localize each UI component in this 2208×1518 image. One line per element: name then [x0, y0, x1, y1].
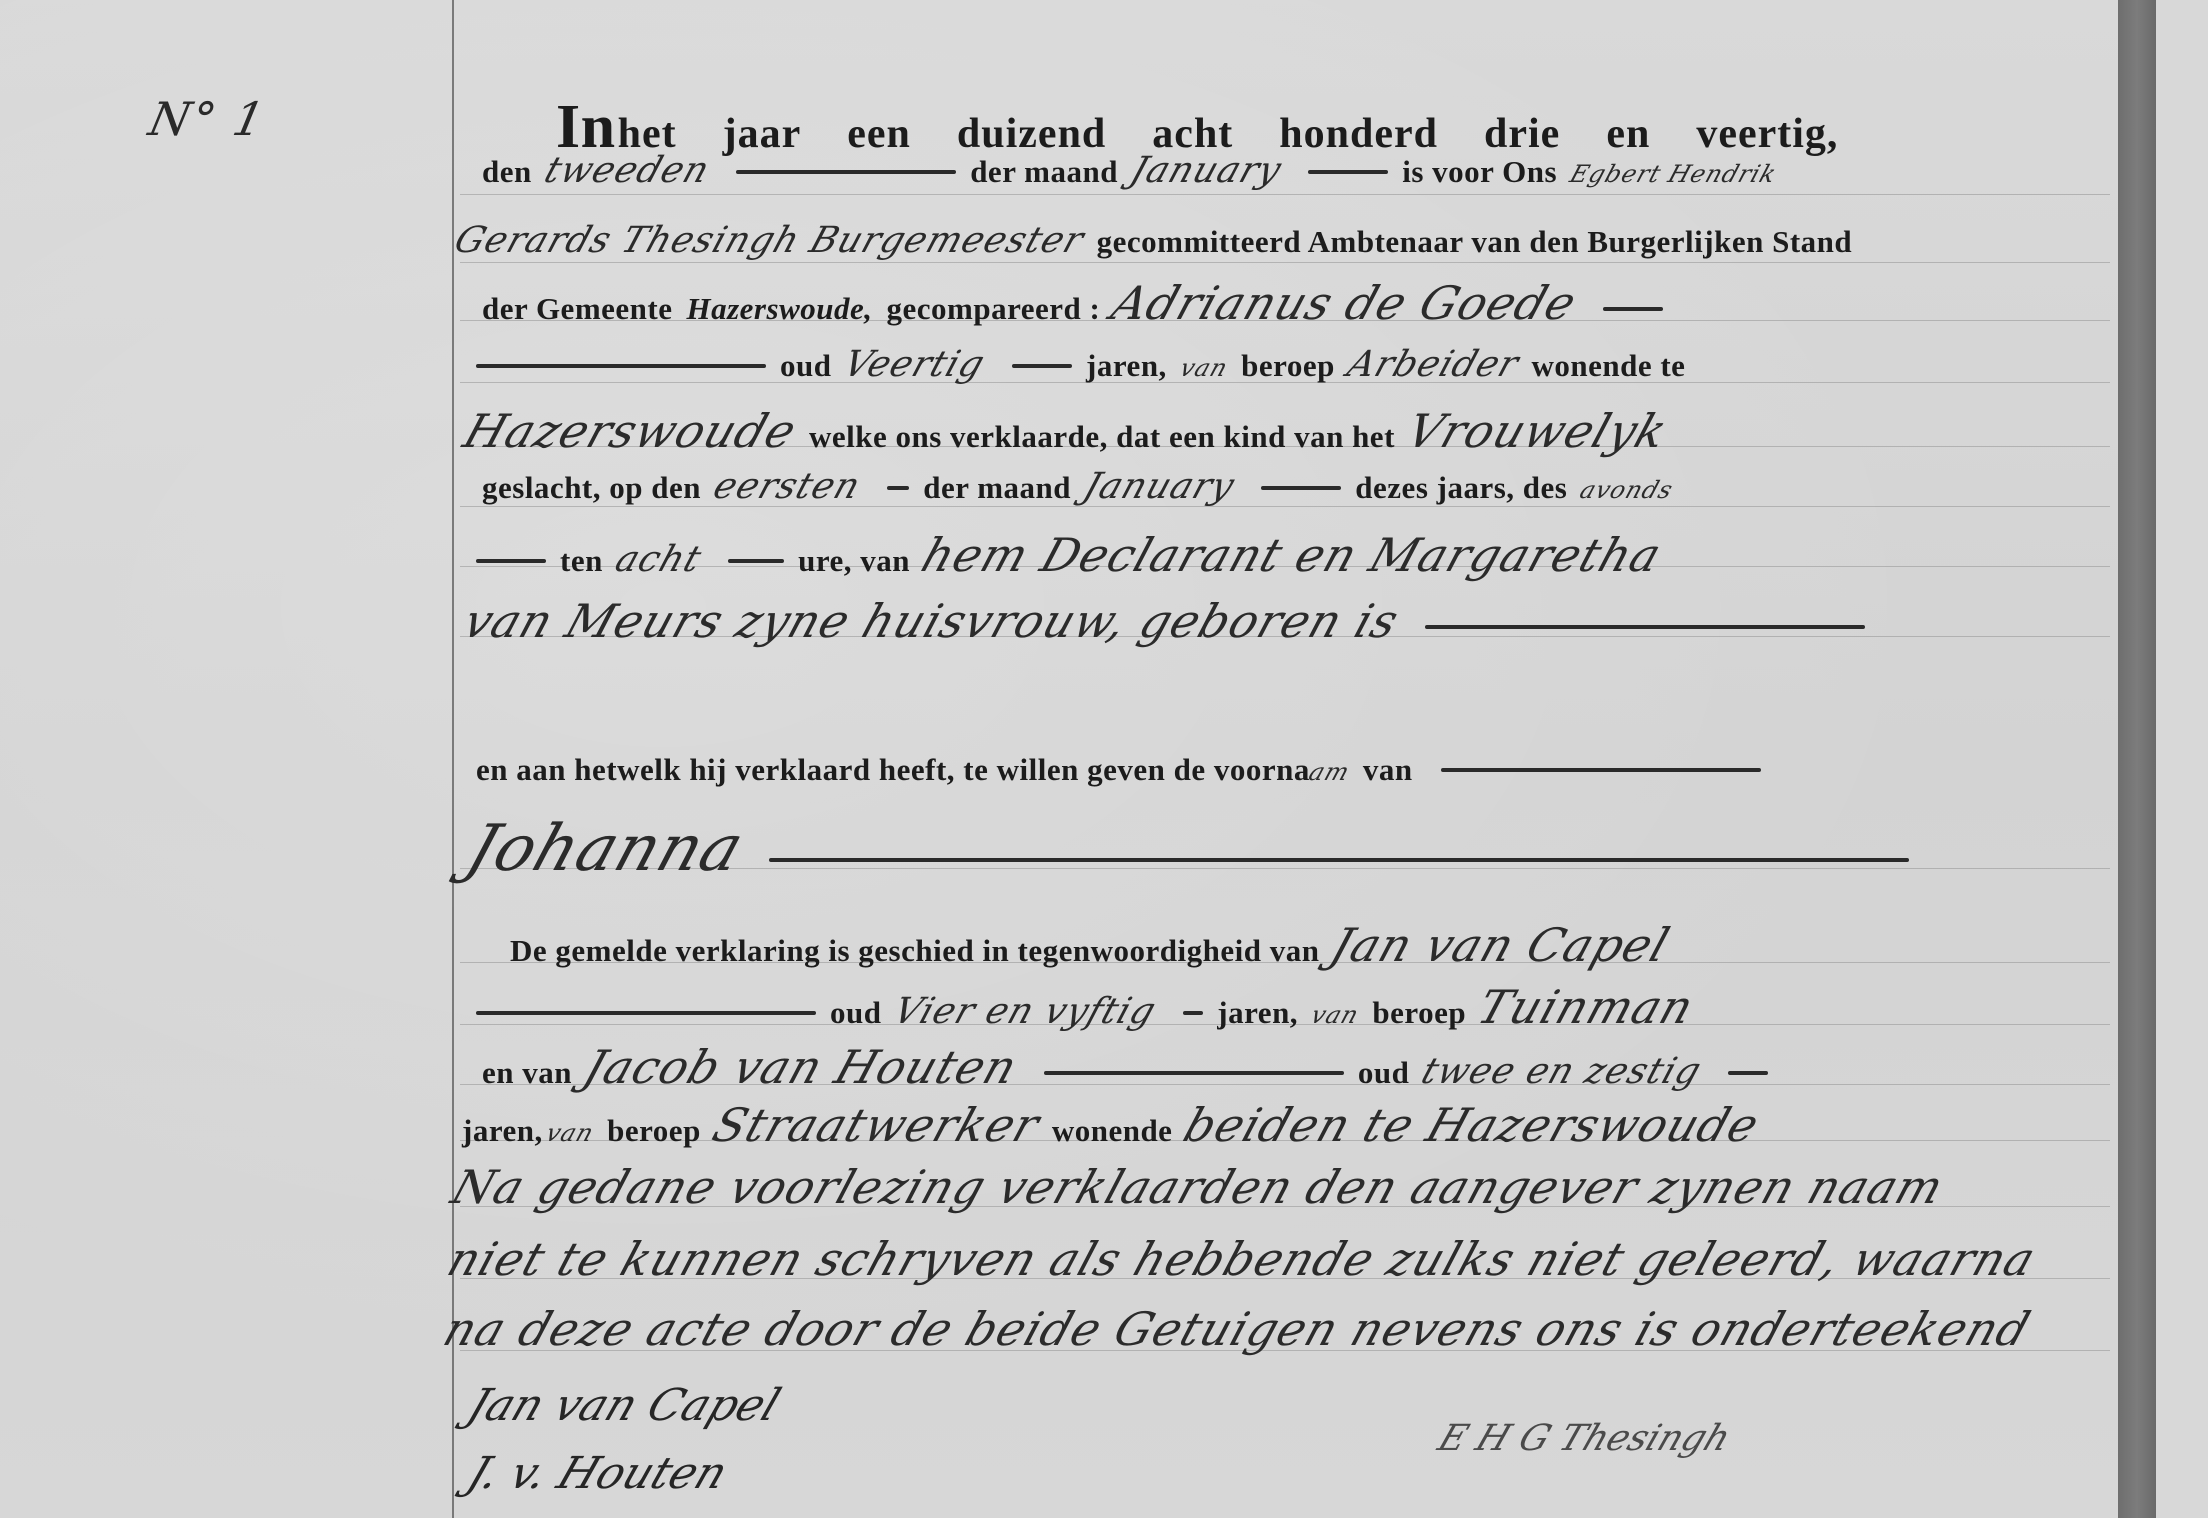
fill-dash — [476, 1011, 816, 1015]
printed-text: der maand — [923, 470, 1071, 506]
line-14-witness-2: en van Jacob van Houten oud twee en zest… — [482, 1040, 2122, 1094]
line-3-official: Gerards Thesingh Burgemeester gecommitte… — [456, 220, 2096, 261]
fill-dash — [1425, 625, 1865, 629]
ruled-line — [460, 194, 2110, 195]
handwritten-witness-1: Jan van Capel — [1325, 918, 1677, 972]
fill-dash — [1728, 1071, 1768, 1075]
handwritten-closing: na deze acte door de beide Getuigen neve… — [437, 1302, 2037, 1356]
printed-municipality: Hazerswoude, — [687, 291, 873, 327]
handwritten-hour: acht — [610, 539, 707, 580]
printed-text: der maand — [970, 154, 1118, 190]
printed-text: beroep — [607, 1113, 701, 1149]
document-scan: N° 1 In het jaar een duizend acht honder… — [0, 0, 2208, 1518]
printed-text: geslacht, op den — [482, 470, 701, 506]
printed-text: jaren, — [462, 1113, 543, 1149]
handwritten-van: van — [1176, 354, 1231, 382]
printed-text: jaren, — [1086, 348, 1167, 384]
handwritten-van: van — [1308, 1001, 1363, 1029]
printed-text: dezes jaars, des — [1355, 470, 1567, 506]
printed-text: beroep — [1241, 348, 1335, 384]
signature-witness-1: Jan van Capel — [461, 1380, 787, 1431]
handwritten-van: van — [542, 1119, 597, 1147]
fill-dash — [1308, 170, 1388, 174]
handwritten-parents: hem Declarant en Margaretha — [915, 528, 1668, 582]
fill-dash — [769, 858, 1909, 862]
handwritten-witness-2: Jacob van Houten — [577, 1040, 1024, 1094]
line-11-child-name: Johanna — [470, 812, 2110, 886]
handwritten-witness-1-age: Vier en vyftig — [889, 991, 1162, 1032]
handwritten-official-name: Egbert Hendrik — [1566, 160, 1780, 188]
handwritten-official-title: Gerards Thesingh Burgemeester — [449, 220, 1089, 261]
handwritten-sex: Vrouwelyk — [1400, 404, 1674, 458]
fill-dash — [1012, 364, 1072, 368]
fill-dash — [728, 559, 784, 563]
handwritten-declarant: Adrianus de Goede — [1106, 276, 1584, 330]
signature-witness-2: J. v. Houten — [461, 1448, 735, 1499]
line-12-witness-intro: De gemelde verklaring is geschied in teg… — [510, 918, 2150, 972]
fill-dash — [1261, 486, 1341, 490]
line-9-mother: van Meurs zyne huisvrouw, geboren is — [466, 594, 2106, 648]
binding-strip — [2118, 0, 2156, 1518]
printed-text: ten — [560, 543, 603, 579]
printed-text: en van — [482, 1055, 572, 1091]
printed-text: welke ons verklaarde, dat een kind van h… — [809, 419, 1395, 455]
printed-text: gecompareerd : — [887, 291, 1101, 327]
handwritten-closing: niet te kunnen schryven als hebbende zul… — [441, 1232, 2043, 1286]
printed-text: oud — [780, 348, 831, 384]
printed-text: der Gemeente — [482, 291, 673, 327]
printed-text: gecommitteerd Ambtenaar van den Burgerli… — [1097, 224, 1852, 260]
printed-text: en aan hetwelk hij verklaard heeft, te w… — [476, 752, 1310, 788]
printed-text: oud — [1358, 1055, 1409, 1091]
fill-dash — [476, 364, 766, 368]
handwritten-child-name: Johanna — [458, 812, 753, 886]
ruled-line — [460, 262, 2110, 263]
handwritten-witness-residence: beiden te Hazerswoude — [1178, 1098, 1767, 1152]
printed-text: is voor Ons — [1402, 154, 1557, 190]
margin-rule — [452, 0, 454, 1518]
handwritten-age: Veertig — [839, 344, 991, 385]
handwritten-witness-2-occupation: Straatwerker — [706, 1098, 1047, 1152]
handwritten-suffix: am — [1305, 758, 1353, 786]
fill-dash — [476, 559, 546, 563]
fill-dash — [1603, 307, 1663, 311]
printed-text: beroep — [1372, 995, 1466, 1031]
line-7-birth-date: geslacht, op den eersten der maand Janua… — [482, 466, 2122, 507]
fill-dash — [1441, 768, 1761, 772]
printed-text: oud — [830, 995, 881, 1031]
adjacent-page-edge — [2156, 0, 2208, 1518]
line-16-closing: Na gedane voorlezing verklaarden den aan… — [454, 1160, 2094, 1214]
line-8-hour-parents: ten acht ure, van hem Declarant en Marga… — [462, 528, 2102, 582]
printed-text: ure, van — [798, 543, 910, 579]
line-18-closing: na deze acte door de beide Getuigen neve… — [446, 1302, 2086, 1356]
line-2-date: den tweeden der maand January is voor On… — [482, 150, 2122, 191]
printed-text: den — [482, 154, 532, 190]
handwritten-mother: van Meurs zyne huisvrouw, geboren is — [457, 594, 1406, 648]
fill-dash — [887, 486, 909, 490]
handwritten-time-of-day: avonds — [1577, 476, 1678, 504]
fill-dash — [736, 170, 956, 174]
handwritten-witness-1-occupation: Tuinman — [1471, 980, 1701, 1034]
handwritten-witness-2-age: twee en zestig — [1417, 1051, 1707, 1092]
line-13-witness-1-details: oud Vier en vyftig jaren, van beroep Tui… — [462, 980, 2102, 1034]
line-5-age-occupation: oud Veertig jaren, van beroep Arbeider w… — [462, 344, 2102, 385]
line-6-residence-sex: Hazerswoude welke ons verklaarde, dat ee… — [466, 404, 2106, 458]
fill-dash — [1044, 1071, 1344, 1075]
handwritten-closing: Na gedane voorlezing verklaarden den aan… — [445, 1160, 1951, 1214]
printed-text: wonende — [1052, 1113, 1173, 1149]
handwritten-residence: Hazerswoude — [457, 404, 804, 458]
handwritten-day: tweeden — [539, 150, 715, 191]
record-number: N° 1 — [144, 92, 271, 146]
printed-text: van — [1363, 752, 1413, 788]
line-4-municipality: der Gemeente Hazerswoude, gecompareerd :… — [482, 276, 2122, 330]
printed-text: wonende te — [1531, 348, 1685, 384]
printed-text: De gemelde verklaring is geschied in teg… — [510, 933, 1319, 969]
handwritten-birth-month: January — [1078, 466, 1240, 507]
printed-text: jaren, — [1217, 995, 1298, 1031]
line-10-forename-intro: en aan hetwelk hij verklaard heeft, te w… — [476, 752, 2116, 788]
handwritten-occupation: Arbeider — [1342, 344, 1524, 385]
line-15-witness-2-details: jaren, van beroep Straatwerker wonende b… — [462, 1098, 2102, 1152]
handwritten-birth-day: eersten — [708, 466, 866, 507]
line-17-closing: niet te kunnen schryven als hebbende zul… — [450, 1232, 2090, 1286]
handwritten-month: January — [1125, 150, 1287, 191]
fill-dash — [1183, 1011, 1203, 1015]
signature-official: E H G Thesingh — [1433, 1418, 1737, 1459]
